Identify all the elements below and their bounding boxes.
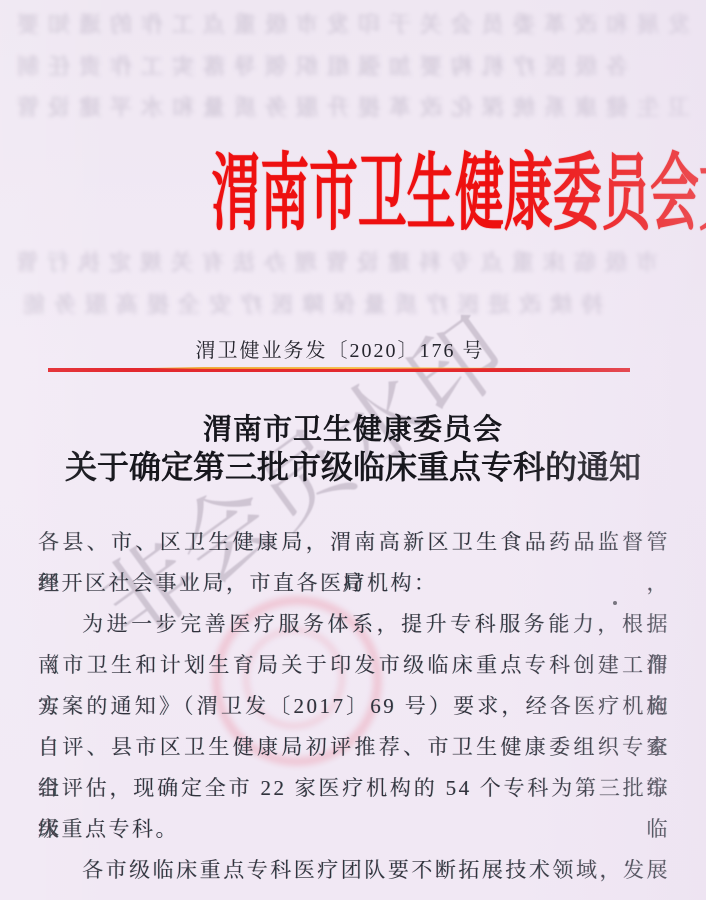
- scanned-official-document-page: 发展和改革委员会关于印发市级重点工作的通知要求落实 各级医疗机构要加强组织领导落…: [0, 0, 706, 900]
- notice-body-line: 方案的通知》（渭卫发〔2017〕69 号）要求，经各医疗机构自查: [38, 686, 670, 727]
- document-reference-number: 渭卫健业务发〔2020〕176 号: [0, 334, 680, 363]
- notice-title-line2: 关于确定第三批市级临床重点专科的通知: [0, 447, 706, 487]
- notice-body-line: 南市卫生和计划生育局关于印发市级临床重点专科创建工作实施: [38, 645, 670, 686]
- notice-body-line: 为进一步完善医疗服务体系，提升专科服务能力，根据《渭: [38, 604, 670, 645]
- bleedthrough-row: 持续改进医疗质量保障医疗安全提高服务能力: [18, 288, 603, 314]
- notice-title-line1: 渭南市卫生健康委员会: [0, 413, 706, 447]
- bleedthrough-row: 市级临床重点专科建设管理办法有关规定执行管理要求: [18, 246, 658, 272]
- notice-body-line: 合评估，现确定全市 22 家医疗机构的 54 个专科为第三批市级临: [38, 768, 670, 809]
- notice-body-line: 各县、市、区卫生健康局，渭南高新区卫生食品药品监督管理局，: [38, 522, 670, 563]
- bleedthrough-row: 发展和改革委员会关于印发市级重点工作的通知要求落实: [18, 8, 690, 34]
- letterhead: 渭南市卫生健康委员会文件: [0, 147, 706, 243]
- letterhead-rule: [48, 368, 630, 372]
- notice-body-line: 自评、县市区卫生健康局初评推荐、市卫生健康委组织专家组综: [38, 727, 670, 768]
- notice-title: 渭南市卫生健康委员会 关于确定第三批市级临床重点专科的通知: [0, 413, 706, 487]
- ink-speck: [613, 601, 617, 605]
- letterhead-rule-highlight: [148, 367, 518, 369]
- letterhead-title: 渭南市卫生健康委员会文件: [212, 147, 706, 243]
- bleedthrough-row: 卫生健康系统深化改革提升服务质量和水平建设管理: [18, 91, 690, 117]
- notice-body-line: 各市级临床重点专科医疗团队要不断拓展技术领域，发展专: [38, 850, 670, 891]
- bleedthrough-row: 各级医疗机构要加强组织领导落实工作责任制度: [18, 50, 628, 76]
- notice-body: 各县、市、区卫生健康局，渭南高新区卫生食品药品监督管理局， 经开区社会事业局，市…: [38, 522, 670, 891]
